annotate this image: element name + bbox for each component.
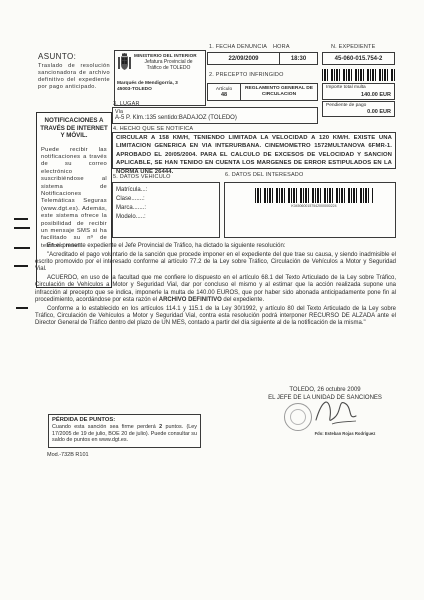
- asunto-block: ASUNTO: Traslado de resolución sancionad…: [38, 52, 110, 91]
- hora-value: 18:30: [279, 52, 318, 65]
- lugar-box: Vía A-5 P. Klm.:135 sentido:BADAJOZ (TOL…: [112, 107, 318, 124]
- margin-mark: [14, 247, 30, 249]
- resolucion-p2-tail: del expediente.: [222, 297, 264, 303]
- interesado-barcode-number: K0450600157542000000224: [255, 204, 373, 208]
- datos-interesado-label: 6. DATOS DEL INTERESADO: [225, 172, 303, 178]
- perdida-text: Cuando esta sanción sea firme perderá: [52, 424, 159, 430]
- margin-mark: [14, 227, 30, 229]
- perdida-title: PÉRDIDA DE PUNTOS:: [52, 417, 197, 423]
- resolucion-paragraph-3: Conforme a lo establecido en los artícul…: [35, 306, 396, 327]
- precepto-label: 2. PRECEPTO INFRINGIDO: [209, 72, 284, 78]
- pendiente-box: Pendiente de pago 0.00 EUR: [322, 101, 395, 117]
- resolucion-text: En el presente expediente el Jefe Provin…: [35, 243, 396, 329]
- precepto-box: Artículo 48 REGLAMENTO GENERAL DE CIRCUL…: [207, 83, 318, 101]
- perdida-body: Cuando esta sanción sea firme perderá 2 …: [52, 424, 197, 444]
- importe-value: 140.00 EUR: [326, 92, 391, 98]
- ministry-name: MINISTERIO DEL INTERIOR: [134, 53, 203, 58]
- city-date: TOLEDO, 26 octubre 2009: [245, 386, 405, 394]
- vehiculo-field-matricula: Matrícula...:: [116, 186, 216, 195]
- ministry-header-box: MINISTERIO DEL INTERIOR Jefatura Provinc…: [114, 50, 206, 106]
- asunto-body: Traslado de resolución sancionadora de a…: [38, 63, 110, 91]
- perdida-puntos-box: PÉRDIDA DE PUNTOS: Cuando esta sanción s…: [48, 414, 201, 448]
- resolucion-intro: En el presente expediente el Jefe Provin…: [35, 243, 396, 250]
- margin-mark: [16, 307, 28, 309]
- asunto-title: ASUNTO:: [38, 52, 110, 61]
- jefatura-city: Tráfico de TOLEDO: [147, 65, 191, 71]
- vehiculo-field-clase: Clase.......:: [116, 195, 216, 204]
- margin-mark: [14, 265, 28, 267]
- reglamento-text: REGLAMENTO GENERAL DE CIRCULACION: [241, 84, 317, 100]
- hora-label: HORA: [273, 44, 290, 50]
- expediente-barcode: [322, 69, 395, 81]
- ministry-postal: 45003-TOLEDO: [117, 87, 203, 93]
- resolucion-paragraph-2: ACUERDO, en uso de la facultad que me co…: [35, 275, 396, 303]
- signer-name: Fdo: Esteban Rojas Rodríguez: [300, 431, 390, 436]
- signature-icon: [312, 394, 360, 433]
- pendiente-label: Pendiente de pago: [326, 103, 391, 108]
- model-reference: Mod.-732B R101: [47, 452, 89, 458]
- articulo-number: 48: [221, 92, 227, 98]
- importe-box: Importe total multa 140.00 EUR: [322, 83, 395, 100]
- notificaciones-body: Puede recibir las notificaciones a travé…: [41, 147, 107, 251]
- spanish-coat-of-arms-icon: [117, 53, 132, 78]
- expediente-value: 45-060-015.754-2: [322, 52, 395, 65]
- scanned-traffic-fine-document: ASUNTO: Traslado de resolución sancionad…: [0, 0, 424, 600]
- fecha-denuncia-label: 1. FECHA DENUNCIA: [209, 44, 267, 50]
- interesado-barcode: [255, 188, 373, 203]
- vehiculo-box: Matrícula...: Clase.......: Marca.......…: [112, 182, 220, 238]
- interesado-box: K0450600157542000000224: [224, 182, 396, 238]
- resolucion-paragraph-1: "Acreditado el pago voluntario de la san…: [35, 252, 396, 273]
- archivo-definitivo-text: ARCHIVO DEFINITIVO: [159, 297, 222, 303]
- vehiculo-field-modelo: Modelo.....:: [116, 213, 216, 222]
- via-value: A-5 P. Klm.:135 sentido:BADAJOZ (TOLEDO): [115, 115, 315, 121]
- importe-label: Importe total multa: [326, 85, 391, 90]
- pendiente-value: 0.00 EUR: [326, 109, 391, 115]
- margin-mark: [14, 218, 28, 220]
- notificaciones-title: NOTIFICACIONES A TRAVÉS DE INTERNET Y MÓ…: [40, 117, 108, 140]
- fecha-denuncia-value: 22/09/2009: [207, 52, 280, 65]
- official-stamp: [284, 403, 312, 431]
- hecho-box: CIRCULAR A 158 KM/H, TENIENDO LIMITADA L…: [112, 132, 396, 169]
- datos-vehiculo-label: 5. DATOS VEHICULO: [113, 174, 171, 180]
- vehiculo-field-marca: Marca.......:: [116, 204, 216, 213]
- expediente-label: N. EXPEDIENTE: [331, 44, 375, 50]
